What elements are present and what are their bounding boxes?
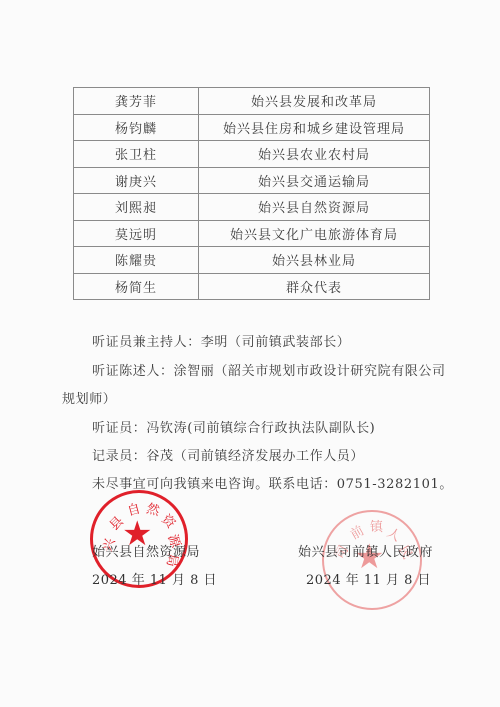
- table-row: 杨简生群众代表: [74, 273, 430, 300]
- right-signature-date: 2024 年 11 月 8 日: [306, 569, 431, 588]
- presenter-line-cont: 规划师）: [62, 388, 116, 407]
- participant-name: 谢庚兴: [74, 167, 199, 194]
- official-seal-right: ★ 司 前 镇 人 民: [322, 510, 422, 610]
- participant-unit: 群众代表: [199, 273, 430, 300]
- participant-unit: 始兴县交通运输局: [199, 167, 430, 194]
- participant-name: 杨钧麟: [74, 114, 199, 141]
- participant-unit: 始兴县住房和城乡建设管理局: [199, 114, 430, 141]
- participant-name: 张卫柱: [74, 141, 199, 168]
- stamp-char: 然: [145, 498, 162, 520]
- presenter-line: 听证陈述人：涂智丽（韶关市规划市政设计研究院有限公司: [92, 360, 446, 379]
- participants-table: 龚芳菲始兴县发展和改革局 杨钧麟始兴县住房和城乡建设管理局 张卫柱始兴县农业农村…: [73, 87, 430, 300]
- participant-name: 龚芳菲: [74, 88, 199, 115]
- stamp-char: 镇: [370, 516, 383, 535]
- table-row: 杨钧麟始兴县住房和城乡建设管理局: [74, 114, 430, 141]
- table-row: 刘熙昶始兴县自然资源局: [74, 194, 430, 221]
- table-row: 张卫柱始兴县农业农村局: [74, 141, 430, 168]
- participant-name: 陈耀贵: [74, 247, 199, 274]
- participant-unit: 始兴县农业农村局: [199, 141, 430, 168]
- participant-unit: 始兴县自然资源局: [199, 194, 430, 221]
- participant-name: 杨简生: [74, 273, 199, 300]
- contact-line: 未尽事宜可向我镇来电咨询。联系电话：0751-3282101。: [92, 473, 453, 492]
- left-signature-date: 2024 年 11 月 8 日: [92, 569, 217, 588]
- left-signature-org: 始兴县自然资源局: [92, 541, 200, 560]
- right-signature-org: 始兴县司前镇人民政府: [298, 541, 433, 560]
- participant-name: 刘熙昶: [74, 194, 199, 221]
- participant-unit: 始兴县发展和改革局: [199, 88, 430, 115]
- table-row: 龚芳菲始兴县发展和改革局: [74, 88, 430, 115]
- table-row: 莫远明始兴县文化广电旅游体育局: [74, 220, 430, 247]
- stamp-char: 资: [158, 509, 181, 532]
- participant-unit: 始兴县文化广电旅游体育局: [199, 220, 430, 247]
- recorder-line: 记录员：谷茂（司前镇经济发展办工作人员）: [92, 445, 364, 464]
- participant-name: 莫远明: [74, 220, 199, 247]
- participant-unit: 始兴县林业局: [199, 247, 430, 274]
- table-row: 谢庚兴始兴县交通运输局: [74, 167, 430, 194]
- hearer-line: 听证员：冯钦涛(司前镇综合行政执法队副队长): [92, 417, 375, 436]
- table-row: 陈耀贵始兴县林业局: [74, 247, 430, 274]
- host-line: 听证员兼主持人：李明（司前镇武装部长）: [92, 331, 350, 350]
